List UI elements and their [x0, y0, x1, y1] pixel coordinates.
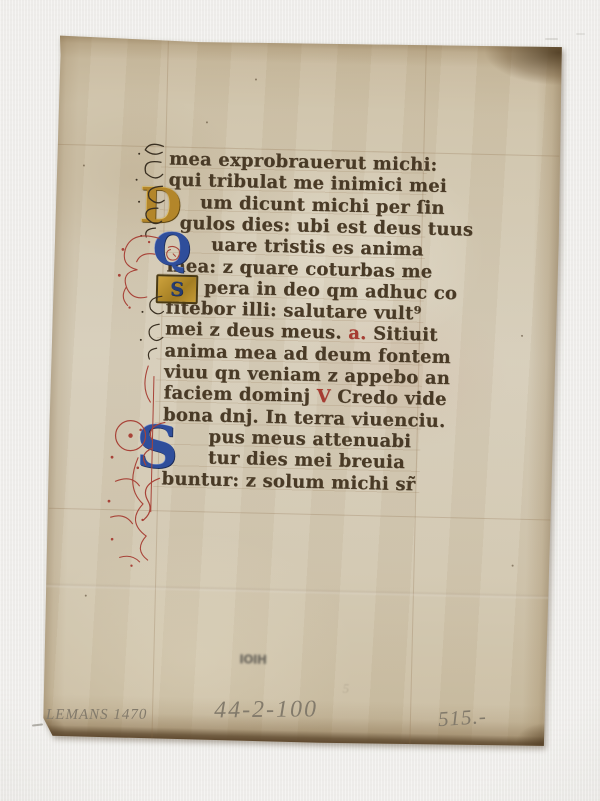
pencil-inscription-provenance: LEMANS 1470 — [46, 707, 147, 724]
ink-speck — [85, 595, 87, 597]
ink-text: Sitiuit — [366, 324, 438, 347]
ink-speck — [206, 121, 208, 123]
leaf-shadow: mea exprobrauerut michi:qui tribulat me … — [0, 0, 600, 801]
red-penwork-flourish-initial-S — [128, 416, 173, 529]
pencil-tick-mat-top-far-right — [576, 33, 585, 35]
ink-speck — [83, 164, 85, 166]
rubric-text: a. — [348, 323, 367, 344]
ink-speck — [255, 78, 257, 80]
text-block: mea exprobrauerut michi:qui tribulat me … — [58, 34, 564, 46]
black-cadel-flourish-middle — [134, 292, 170, 367]
ink-text: Credo vide — [331, 387, 447, 411]
manuscript-leaf: mea exprobrauerut michi:qui tribulat me … — [41, 34, 563, 750]
pencil-inscription-price: 515.- — [437, 704, 487, 732]
pencil-faint-mark: 5 — [342, 681, 349, 697]
photo-mat: mea exprobrauerut michi:qui tribulat me … — [0, 0, 600, 801]
horizontal-crease — [45, 584, 551, 599]
pencil-tick-mat-top-right — [545, 38, 558, 40]
rubric-text: V — [316, 386, 331, 407]
ink-speck — [512, 565, 514, 567]
pencil-inscription-inventory-number: 44-2-100 — [214, 696, 318, 724]
ink-speck — [521, 335, 523, 337]
collection-stamp: IOIH — [239, 652, 267, 667]
